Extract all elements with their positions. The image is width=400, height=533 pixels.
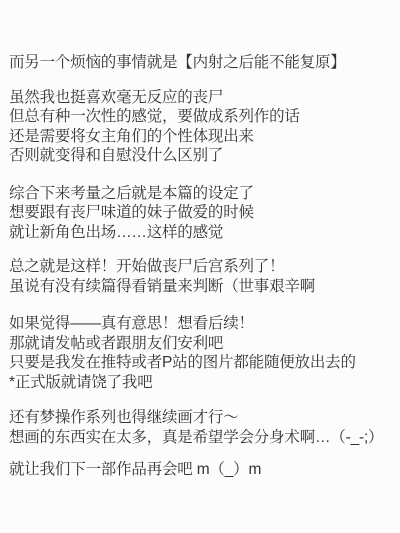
text-line: 只要是我发在推特或者P站的图片都能随便放出去的 [9,353,394,373]
paragraph: 就让我们下一部作品再会吧 m（_）m [9,460,394,480]
paragraph: 综合下来考量之后就是本篇的设定了想要跟有丧尸味道的妹子做爱的时候就让新角色出场…… [9,184,394,243]
paragraph: 总之就是这样！开始做丧尸后宫系列了！虽说有没有续篇得看销量来判断（世事艰辛啊 [9,257,394,296]
paragraph: 还有梦操作系列也得继续画才行～想画的东西实在太多，真是希望学会分身术啊…（-_-… [9,408,394,447]
text-line: 那就请发帖或者跟朋友们安利吧 [9,334,394,354]
text-line: *正式版就请饶了我吧 [9,373,394,393]
text-line: 虽然我也挺喜欢毫无反应的丧尸 [9,88,394,108]
text-line: 就让新角色出场……这样的感觉 [9,223,394,243]
paragraph: 虽然我也挺喜欢毫无反应的丧尸但总有种一次性的感觉，要做成系列作的话还是需要将女主… [9,88,394,166]
text-line: 想画的东西实在太多，真是希望学会分身术啊…（-_-;） [9,428,394,448]
text-line: 想要跟有丧尸味道的妹子做爱的时候 [9,203,394,223]
text-line: 还是需要将女主角们的个性体现出来 [9,127,394,147]
text-line: 但总有种一次性的感觉，要做成系列作的话 [9,107,394,127]
text-body: 而另一个烦恼的事情就是【内射之后能不能复原】虽然我也挺喜欢毫无反应的丧尸但总有种… [9,53,394,496]
paragraph: 而另一个烦恼的事情就是【内射之后能不能复原】 [9,53,394,73]
paragraph: 如果觉得——真有意思！想看后续！那就请发帖或者跟朋友们安利吧只要是我发在推特或者… [9,314,394,392]
text-line: 总之就是这样！开始做丧尸后宫系列了！ [9,257,394,277]
text-line: 而另一个烦恼的事情就是【内射之后能不能复原】 [9,53,394,73]
text-line: 如果觉得——真有意思！想看后续！ [9,314,394,334]
afterword-page: 而另一个烦恼的事情就是【内射之后能不能复原】虽然我也挺喜欢毫无反应的丧尸但总有种… [0,0,400,533]
text-line: 还有梦操作系列也得继续画才行～ [9,408,394,428]
text-line: 就让我们下一部作品再会吧 m（_）m [9,460,394,480]
text-line: 综合下来考量之后就是本篇的设定了 [9,184,394,204]
text-line: 否则就变得和自慰没什么区别了 [9,146,394,166]
text-line: 虽说有没有续篇得看销量来判断（世事艰辛啊 [9,277,394,297]
